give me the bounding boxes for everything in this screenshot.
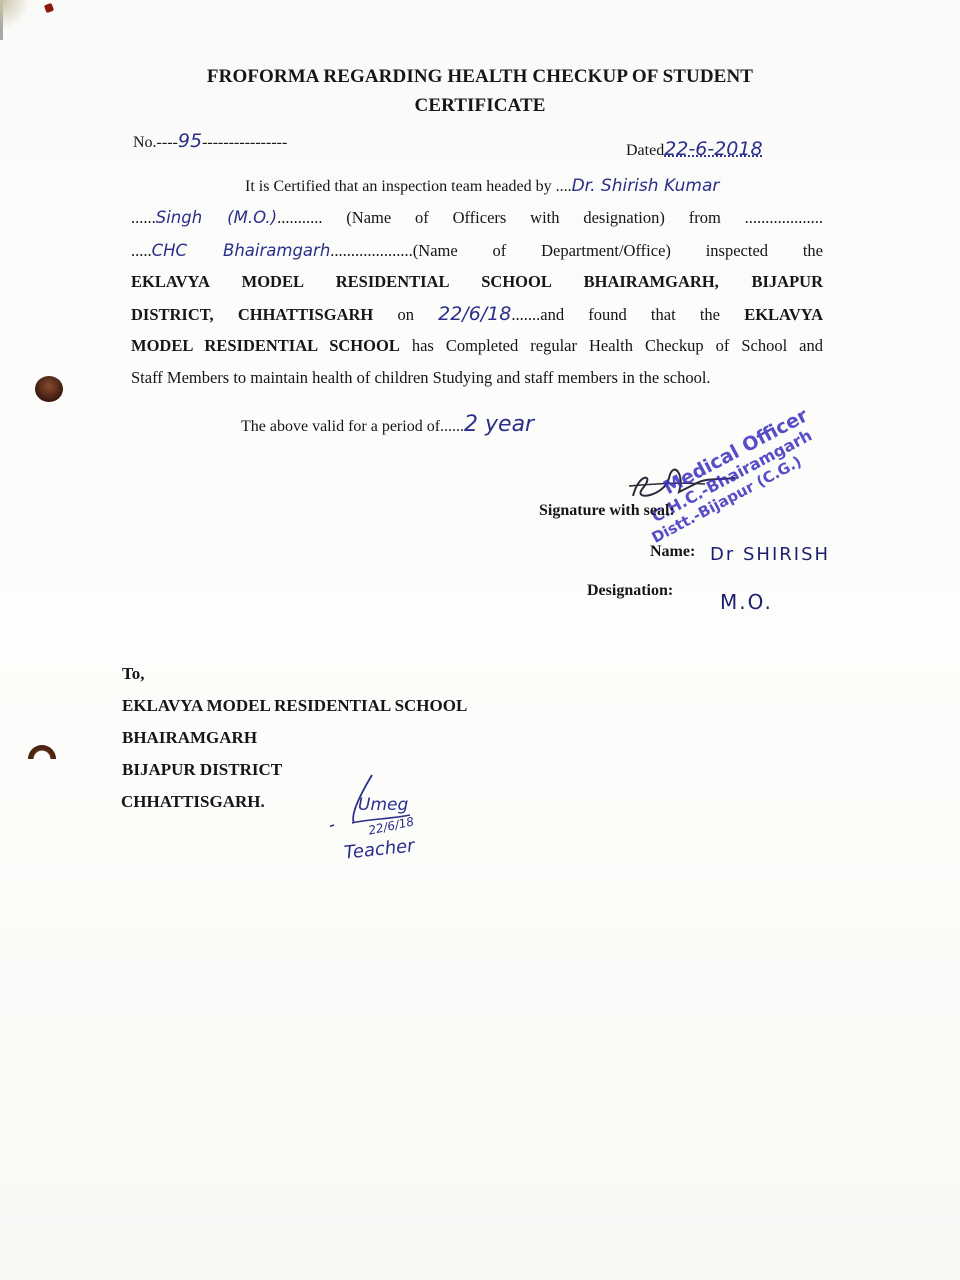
date-label: Dated [626, 142, 664, 159]
body-text: has Completed regular Health Checkup of … [412, 336, 823, 355]
designation-value: M.O. [720, 590, 773, 614]
body-line-1: It is Certified that an inspection team … [245, 176, 719, 196]
body-text: on [397, 305, 414, 324]
validity-period: The above valid for a period of......2 y… [241, 412, 534, 437]
body-line-6: MODEL RESIDENTIAL SCHOOL has Completed r… [131, 336, 823, 356]
certificate-date: Dated22-6-2018 [626, 138, 763, 160]
dots: ..... [131, 241, 152, 260]
paper-corner-shade [0, 0, 30, 30]
punch-hole-icon [35, 376, 63, 402]
number-label: No.---- [133, 134, 178, 151]
officer-name: Dr. Shirish Kumar [572, 176, 720, 196]
dots: .................... [330, 241, 413, 260]
department-name: CHC Bhairamgarh [152, 241, 331, 260]
body-text-bold: EKLAVYA [744, 305, 823, 324]
document-subtitle: CERTIFICATE [130, 95, 830, 117]
name-value: Dr SHIRISH [710, 544, 830, 565]
inspection-date: 22/6/18 [438, 303, 511, 325]
body-line-7: Staff Members to maintain health of chil… [131, 368, 711, 388]
certificate-number: No.----95---------------- [133, 130, 287, 152]
designation-label: Designation: [587, 582, 673, 600]
body-text: (Name of Department/Office) inspected th… [413, 241, 823, 260]
body-line-2: ......Singh (M.O.)........... (Name of O… [131, 208, 823, 228]
address-line-1: EKLAVYA MODEL RESIDENTIAL SCHOOL [122, 696, 467, 716]
address-line-2: BHAIRAMGARH [122, 728, 257, 748]
body-line-4: EKLAVYA MODEL RESIDENTIAL SCHOOL BHAIRAM… [131, 272, 823, 292]
officer-designation: Singh (M.O.) [156, 208, 277, 227]
validity-value: 2 year [464, 412, 534, 437]
body-text: It is Certified that an inspection team … [245, 178, 572, 195]
date-value: 22-6-2018 [664, 138, 762, 160]
validity-label: The above valid for a period of...... [241, 418, 464, 435]
number-value: 95 [178, 130, 202, 152]
dots: ...... [131, 208, 156, 227]
number-trail: ---------------- [202, 134, 287, 151]
body-text: .......and found that the [511, 305, 720, 324]
address-line-3: BIJAPUR DISTRICT [122, 760, 282, 780]
body-line-3: .....CHC Bhairamgarh....................… [131, 241, 823, 261]
body-text: (Name of Officers with designation) from… [346, 208, 823, 227]
body-text-bold: DISTRICT, CHHATTISGARH [131, 305, 373, 324]
signature-label: Signature with seal: [539, 502, 675, 520]
body-line-5: DISTRICT, CHHATTISGARH on 22/6/18.......… [131, 303, 823, 325]
document-title: FROFORMA REGARDING HEALTH CHECKUP OF STU… [130, 66, 830, 88]
name-label: Name: [650, 543, 695, 561]
address-line-4: CHHATTISGARH. [121, 792, 265, 812]
teacher-name: Umeg [358, 795, 408, 815]
dots: ........... [277, 208, 322, 227]
address-to: To, [122, 664, 145, 684]
body-text-bold: MODEL RESIDENTIAL SCHOOL [131, 336, 400, 355]
